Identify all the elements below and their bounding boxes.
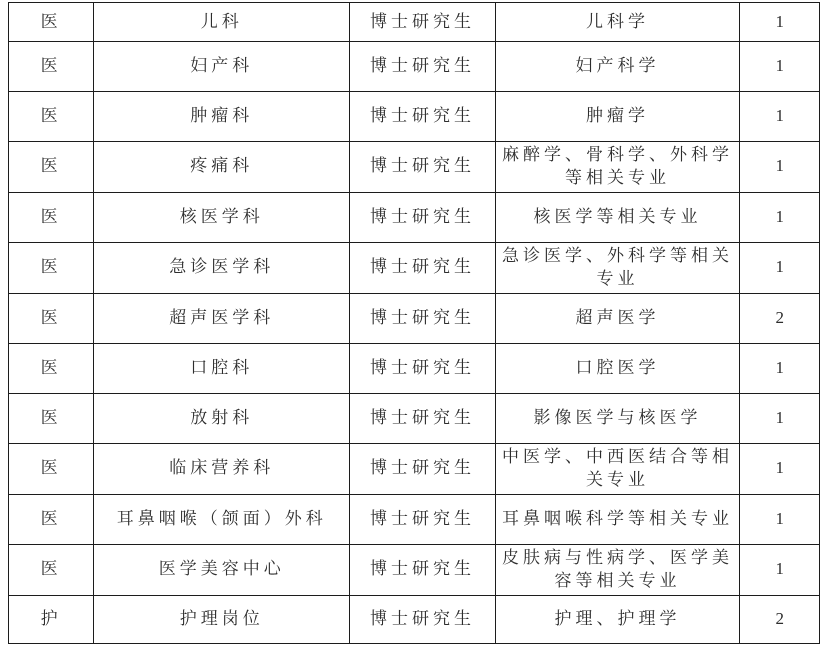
- table-row: 医 疼痛科 博士研究生 麻醉学、骨科学、外科学等相关专业 1: [9, 142, 820, 193]
- cell-education: 博士研究生: [350, 192, 495, 242]
- table-row: 医 儿科 博士研究生 儿科学 1: [9, 3, 820, 42]
- cell-major: 肿瘤学: [495, 92, 740, 142]
- cell-major: 中医学、中西医结合等相关专业: [495, 443, 740, 494]
- table-row: 医 口腔科 博士研究生 口腔医学 1: [9, 343, 820, 393]
- table-row: 医 耳鼻咽喉（颌面）外科 博士研究生 耳鼻咽喉科学等相关专业 1: [9, 494, 820, 544]
- cell-major: 超声医学: [495, 293, 740, 343]
- cell-count: 1: [740, 3, 820, 42]
- cell-department: 临床营养科: [94, 443, 350, 494]
- cell-department: 妇产科: [94, 42, 350, 92]
- cell-category: 医: [9, 242, 94, 293]
- table-row: 医 急诊医学科 博士研究生 急诊医学、外科学等相关专业 1: [9, 242, 820, 293]
- cell-education: 博士研究生: [350, 42, 495, 92]
- cell-education: 博士研究生: [350, 544, 495, 595]
- cell-count: 2: [740, 595, 820, 643]
- cell-education: 博士研究生: [350, 293, 495, 343]
- cell-category: 医: [9, 92, 94, 142]
- table-row: 护 护理岗位 博士研究生 护理、护理学 2: [9, 595, 820, 643]
- cell-count: 1: [740, 494, 820, 544]
- cell-count: 1: [740, 92, 820, 142]
- cell-count: 1: [740, 393, 820, 443]
- cell-category: 医: [9, 544, 94, 595]
- cell-category: 医: [9, 343, 94, 393]
- table-row: 医 核医学科 博士研究生 核医学等相关专业 1: [9, 192, 820, 242]
- cell-count: 2: [740, 293, 820, 343]
- cell-category: 医: [9, 293, 94, 343]
- table-row: 医 超声医学科 博士研究生 超声医学 2: [9, 293, 820, 343]
- cell-major: 急诊医学、外科学等相关专业: [495, 242, 740, 293]
- cell-education: 博士研究生: [350, 92, 495, 142]
- cell-count: 1: [740, 142, 820, 193]
- cell-count: 1: [740, 242, 820, 293]
- cell-major: 耳鼻咽喉科学等相关专业: [495, 494, 740, 544]
- cell-category: 医: [9, 42, 94, 92]
- cell-major: 皮肤病与性病学、医学美容等相关专业: [495, 544, 740, 595]
- cell-count: 1: [740, 192, 820, 242]
- cell-department: 儿科: [94, 3, 350, 42]
- table-row: 医 放射科 博士研究生 影像医学与核医学 1: [9, 393, 820, 443]
- cell-education: 博士研究生: [350, 494, 495, 544]
- table-row: 医 妇产科 博士研究生 妇产科学 1: [9, 42, 820, 92]
- cell-category: 医: [9, 142, 94, 193]
- cell-department: 口腔科: [94, 343, 350, 393]
- cell-education: 博士研究生: [350, 343, 495, 393]
- cell-department: 超声医学科: [94, 293, 350, 343]
- cell-category: 护: [9, 595, 94, 643]
- cell-education: 博士研究生: [350, 595, 495, 643]
- cell-department: 肿瘤科: [94, 92, 350, 142]
- recruitment-table-body: 医 儿科 博士研究生 儿科学 1 医 妇产科 博士研究生 妇产科学 1 医 肿瘤…: [9, 3, 820, 644]
- cell-category: 医: [9, 3, 94, 42]
- table-row: 医 肿瘤科 博士研究生 肿瘤学 1: [9, 92, 820, 142]
- cell-count: 1: [740, 443, 820, 494]
- cell-category: 医: [9, 494, 94, 544]
- cell-major: 麻醉学、骨科学、外科学等相关专业: [495, 142, 740, 193]
- table-row: 医 医学美容中心 博士研究生 皮肤病与性病学、医学美容等相关专业 1: [9, 544, 820, 595]
- cell-department: 耳鼻咽喉（颌面）外科: [94, 494, 350, 544]
- cell-department: 医学美容中心: [94, 544, 350, 595]
- cell-count: 1: [740, 544, 820, 595]
- cell-education: 博士研究生: [350, 393, 495, 443]
- cell-major: 核医学等相关专业: [495, 192, 740, 242]
- cell-education: 博士研究生: [350, 443, 495, 494]
- cell-major: 儿科学: [495, 3, 740, 42]
- table-row: 医 临床营养科 博士研究生 中医学、中西医结合等相关专业 1: [9, 443, 820, 494]
- cell-major: 口腔医学: [495, 343, 740, 393]
- recruitment-table: 医 儿科 博士研究生 儿科学 1 医 妇产科 博士研究生 妇产科学 1 医 肿瘤…: [8, 2, 820, 644]
- cell-major: 护理、护理学: [495, 595, 740, 643]
- cell-education: 博士研究生: [350, 242, 495, 293]
- cell-major: 影像医学与核医学: [495, 393, 740, 443]
- cell-department: 急诊医学科: [94, 242, 350, 293]
- cell-education: 博士研究生: [350, 142, 495, 193]
- cell-category: 医: [9, 393, 94, 443]
- document-page: 医 儿科 博士研究生 儿科学 1 医 妇产科 博士研究生 妇产科学 1 医 肿瘤…: [0, 0, 825, 651]
- cell-department: 疼痛科: [94, 142, 350, 193]
- cell-count: 1: [740, 42, 820, 92]
- cell-department: 放射科: [94, 393, 350, 443]
- cell-major: 妇产科学: [495, 42, 740, 92]
- cell-category: 医: [9, 443, 94, 494]
- cell-category: 医: [9, 192, 94, 242]
- cell-department: 核医学科: [94, 192, 350, 242]
- cell-education: 博士研究生: [350, 3, 495, 42]
- cell-count: 1: [740, 343, 820, 393]
- cell-department: 护理岗位: [94, 595, 350, 643]
